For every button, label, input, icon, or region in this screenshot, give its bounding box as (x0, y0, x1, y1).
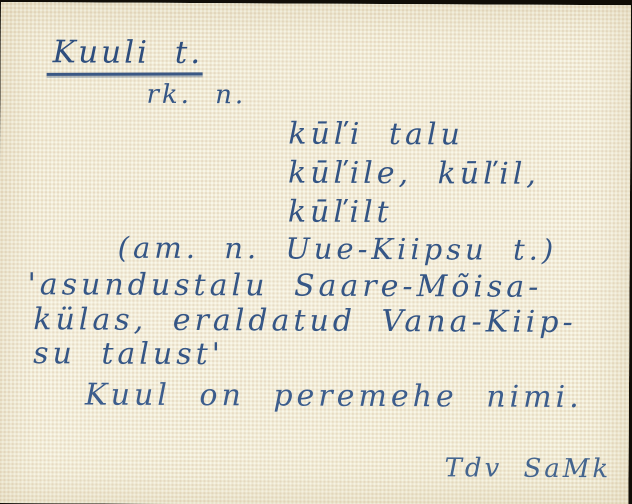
phonetic-line-nominative: kūľi talu (288, 118, 464, 152)
phonetic-line-ablative: kūľilt (288, 196, 393, 230)
card-title: Kuuli t. (53, 35, 204, 70)
scan-background: Kuuli t. rk. n. kūľi talu kūľile, kūľil,… (0, 0, 632, 504)
collector-signature: Tdv SaMk (444, 454, 611, 483)
phonetic-line-cases: kūľile, kūľil, (288, 157, 540, 191)
official-name-note: (am. n. Uue-Kiipsu t.) (118, 233, 558, 267)
explanation-line-3: su talust' (33, 337, 224, 371)
index-card: Kuuli t. rk. n. kūľi talu kūľile, kūľil,… (0, 2, 631, 504)
explanation-line-1: 'asundustalu Saare-Mõisa- (27, 268, 542, 304)
case-abbreviation: rk. n. (146, 81, 246, 110)
remark-line: Kuul on peremehe nimi. (85, 378, 583, 414)
title-underline (47, 72, 203, 76)
explanation-line-2: külas, eraldatud Vana-Kiip- (33, 303, 576, 339)
